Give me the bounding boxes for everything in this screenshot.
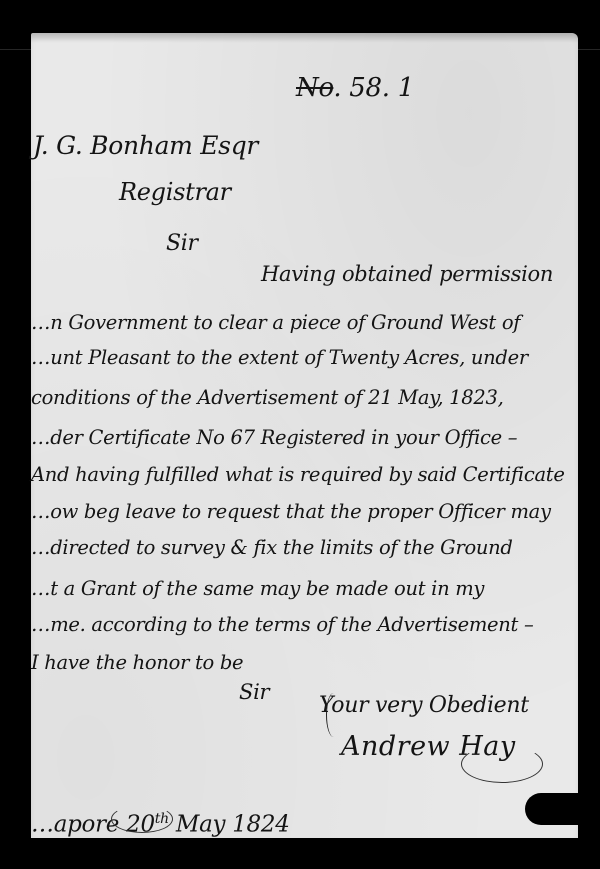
addressee-name: J. G. Bonham Esqr	[33, 131, 258, 160]
body-line-5: …der Certificate No 67 Registered in you…	[31, 426, 517, 449]
body-line-8: …directed to survey & fix the limits of …	[31, 536, 513, 559]
date-place: …apore	[31, 812, 119, 838]
body-line-4: conditions of the Advertisement of 21 Ma…	[31, 386, 504, 409]
letter-page: No. 58. 1 J. G. Bonham Esqr Registrar Si…	[31, 33, 578, 838]
body-line-3: …unt Pleasant to the extent of Twenty Ac…	[31, 346, 528, 369]
body-line-11: I have the honor to be	[31, 651, 243, 674]
body-line-7: …ow beg leave to request that the proper…	[31, 500, 551, 523]
addressee-title: Registrar	[119, 178, 231, 206]
signature-flourish	[461, 745, 543, 783]
closing-sir: Sir	[239, 680, 269, 704]
reference-dot: .	[333, 73, 349, 103]
body-line-9: …t a Grant of the same may be made out i…	[31, 577, 484, 600]
reference-dot-2: .	[382, 73, 398, 103]
binder-clip	[525, 793, 585, 825]
body-line-10: …me. according to the terms of the Adver…	[31, 613, 533, 636]
body-line-2: …n Government to clear a piece of Ground…	[31, 311, 520, 334]
reference-number: No. 58. 1	[296, 73, 414, 103]
salutation: Sir	[166, 231, 198, 256]
body-line-6: And having fulfilled what is required by…	[31, 463, 565, 486]
valediction: Your very Obedient	[319, 693, 529, 718]
reference-prefix: No	[296, 73, 333, 103]
reference-value: 58	[349, 73, 381, 103]
date-month-year: May 1824	[176, 812, 290, 838]
date-flourish	[111, 805, 173, 833]
reference-suffix: 1	[398, 73, 414, 103]
body-line-1: Having obtained permission	[261, 262, 553, 286]
